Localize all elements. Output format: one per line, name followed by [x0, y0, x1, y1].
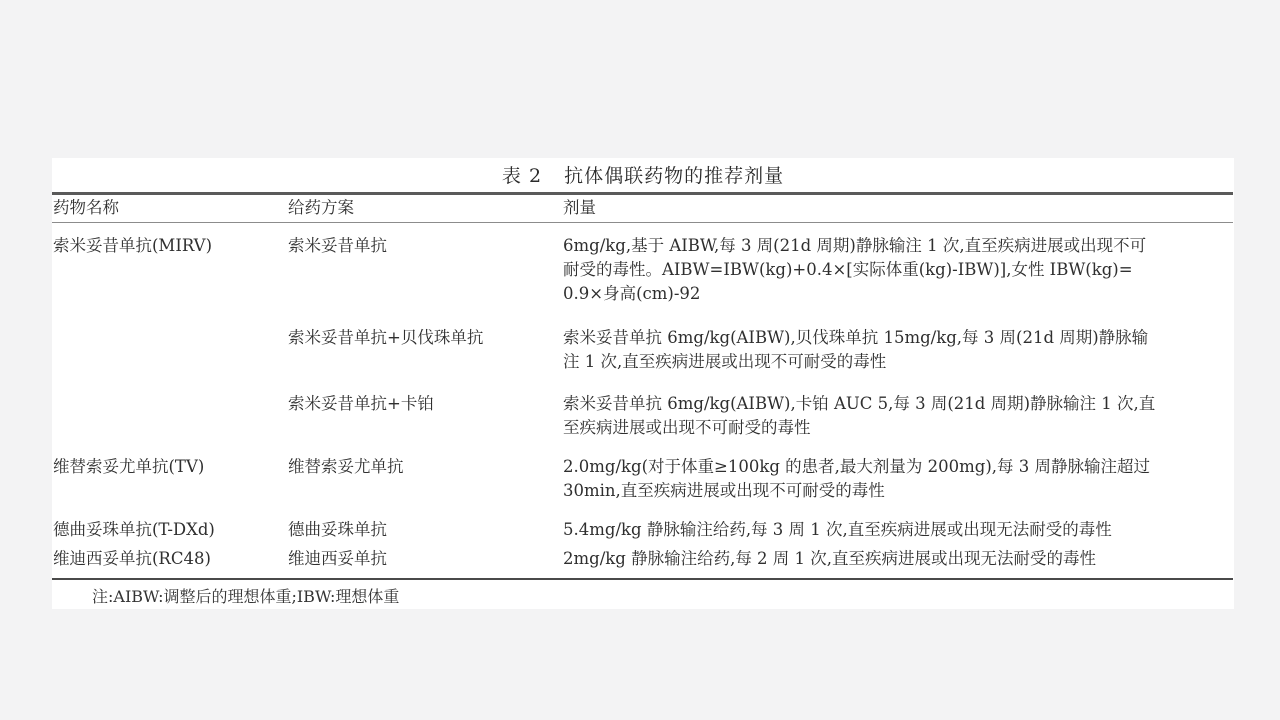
drug-dose: 索米妥昔单抗 6mg/kg(AIBW),贝伐珠单抗 15mg/kg,每 3 周(… — [563, 326, 1235, 374]
header-scheme: 给药方案 — [288, 196, 354, 220]
dose-line: 2.0mg/kg(对于体重≥100kg 的患者,最大剂量为 200mg),每 3… — [563, 455, 1235, 479]
dose-line: 0.9×身高(cm)-92 — [563, 282, 1235, 306]
table-caption: 表 2抗体偶联药物的推荐剂量 — [52, 163, 1234, 189]
table-panel: 表 2抗体偶联药物的推荐剂量 药物名称 给药方案 剂量 索米妥昔单抗(MIRV)… — [52, 158, 1234, 609]
drug-dose: 5.4mg/kg 静脉输注给药,每 3 周 1 次,直至疾病进展或出现无法耐受的… — [563, 518, 1235, 542]
table-note: 注:AIBW:调整后的理想体重;IBW:理想体重 — [92, 586, 399, 608]
dose-line: 至疾病进展或出现不可耐受的毒性 — [563, 416, 1235, 440]
drug-name: 德曲妥珠单抗(T-DXd) — [53, 518, 215, 542]
drug-scheme: 维迪西妥单抗 — [288, 547, 387, 571]
dose-line: 2mg/kg 静脉输注给药,每 2 周 1 次,直至疾病进展或出现无法耐受的毒性 — [563, 547, 1235, 571]
dose-line: 注 1 次,直至疾病进展或出现不可耐受的毒性 — [563, 350, 1235, 374]
dose-line: 30min,直至疾病进展或出现不可耐受的毒性 — [563, 479, 1235, 503]
table-title: 抗体偶联药物的推荐剂量 — [564, 165, 784, 187]
header-dose: 剂量 — [563, 196, 1235, 220]
dose-line: 索米妥昔单抗 6mg/kg(AIBW),贝伐珠单抗 15mg/kg,每 3 周(… — [563, 326, 1235, 350]
bottom-rule — [52, 578, 1233, 580]
drug-name: 索米妥昔单抗(MIRV) — [53, 234, 212, 258]
header-drug-name: 药物名称 — [53, 196, 119, 220]
drug-name: 维迪西妥单抗(RC48) — [53, 547, 211, 571]
drug-dose: 2.0mg/kg(对于体重≥100kg 的患者,最大剂量为 200mg),每 3… — [563, 455, 1235, 503]
dose-line: 6mg/kg,基于 AIBW,每 3 周(21d 周期)静脉输注 1 次,直至疾… — [563, 234, 1235, 258]
drug-scheme: 德曲妥珠单抗 — [288, 518, 387, 542]
drug-scheme: 索米妥昔单抗+贝伐珠单抗 — [288, 326, 483, 350]
drug-dose: 6mg/kg,基于 AIBW,每 3 周(21d 周期)静脉输注 1 次,直至疾… — [563, 234, 1235, 306]
drug-dose: 2mg/kg 静脉输注给药,每 2 周 1 次,直至疾病进展或出现无法耐受的毒性 — [563, 547, 1235, 571]
drug-scheme: 索米妥昔单抗+卡铂 — [288, 392, 434, 416]
table-number: 表 2 — [502, 165, 542, 187]
top-rule — [52, 192, 1233, 195]
dose-line: 索米妥昔单抗 6mg/kg(AIBW),卡铂 AUC 5,每 3 周(21d 周… — [563, 392, 1235, 416]
dose-line: 耐受的毒性。AIBW=IBW(kg)+0.4×[实际体重(kg)-IBW)],女… — [563, 258, 1235, 282]
header-rule — [52, 222, 1233, 223]
drug-scheme: 索米妥昔单抗 — [288, 234, 387, 258]
drug-dose: 索米妥昔单抗 6mg/kg(AIBW),卡铂 AUC 5,每 3 周(21d 周… — [563, 392, 1235, 440]
drug-scheme: 维替索妥尤单抗 — [288, 455, 404, 479]
drug-name: 维替索妥尤单抗(TV) — [53, 455, 204, 479]
dose-line: 5.4mg/kg 静脉输注给药,每 3 周 1 次,直至疾病进展或出现无法耐受的… — [563, 518, 1235, 542]
